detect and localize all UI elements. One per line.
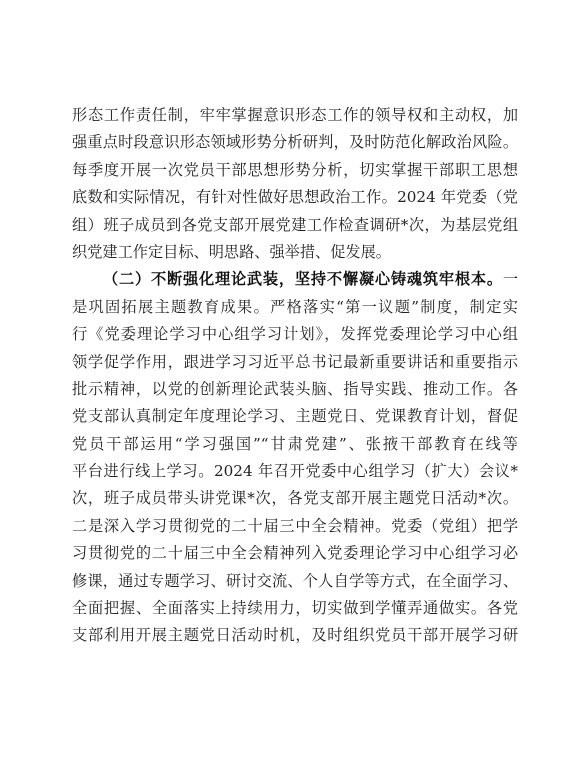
- text-line: 平台进行线上学习。2024 年召开党委中心组学习（扩大）会议*: [72, 458, 518, 485]
- heading-tail: 一: [503, 270, 518, 288]
- text-line: 行《党委理论学习中心组学习计划》，发挥党委理论学习中心组: [72, 321, 518, 348]
- text-line: 习贯彻党的二十届三中全会精神列入党委理论学习中心组学习必: [72, 540, 518, 567]
- paragraph-1: 形态工作责任制，牢牢掌握意识形态工作的领导权和主动权，加 强重点时段意识形态领域…: [72, 102, 518, 266]
- text-line: 底数和实际情况，有针对性做好思想政治工作。2024 年党委（党: [72, 184, 518, 211]
- text-line: 形态工作责任制，牢牢掌握意识形态工作的领导权和主动权，加: [72, 102, 518, 129]
- text-line-heading: （二）不断强化理论武装，坚持不懈凝心铸魂筑牢根本。一: [72, 266, 518, 293]
- text-line: 每季度开展一次党员干部思想形势分析，切实掌握干部职工思想: [72, 157, 518, 184]
- section-heading: （二）不断强化理论武装，坚持不懈凝心铸魂筑牢根本。: [103, 270, 503, 288]
- text-line: 组）班子成员到各党支部开展党建工作检查调研*次，为基层党组: [72, 212, 518, 239]
- text-line: 领学促学作用，跟进学习习近平总书记最新重要讲话和重要指示: [72, 349, 518, 376]
- text-line: 党支部认真制定年度理论学习、主题党日、党课教育计划，督促: [72, 403, 518, 430]
- text-line: 次，班子成员带头讲党课*次，各党支部开展主题党日活动*次。: [72, 485, 518, 512]
- text-line: 全面把握、全面落实上持续用力，切实做到学懂弄通做实。各党: [72, 595, 518, 622]
- text-line: 支部利用开展主题党日活动时机，及时组织党员干部开展学习研: [72, 622, 518, 649]
- text-line: 批示精神，以党的创新理论武装头脑、指导实践、推动工作。各: [72, 376, 518, 403]
- document-page: 形态工作责任制，牢牢掌握意识形态工作的领导权和主动权，加 强重点时段意识形态领域…: [72, 102, 518, 650]
- text-line: 织党建工作定目标、明思路、强举措、促发展。: [72, 239, 518, 266]
- text-line: 是巩固拓展主题教育成果。严格落实“第一议题”制度，制定实: [72, 294, 518, 321]
- text-line: 修课，通过专题学习、研讨交流、个人自学等方式，在全面学习、: [72, 568, 518, 595]
- text-line: 党员干部运用“学习强国”“甘肃党建”、张掖干部教育在线等: [72, 431, 518, 458]
- text-line: 二是深入学习贯彻党的二十届三中全会精神。党委（党组）把学: [72, 513, 518, 540]
- paragraph-2: （二）不断强化理论武装，坚持不懈凝心铸魂筑牢根本。一 是巩固拓展主题教育成果。严…: [72, 266, 518, 649]
- text-line: 强重点时段意识形态领域形势分析研判，及时防范化解政治风险。: [72, 129, 518, 156]
